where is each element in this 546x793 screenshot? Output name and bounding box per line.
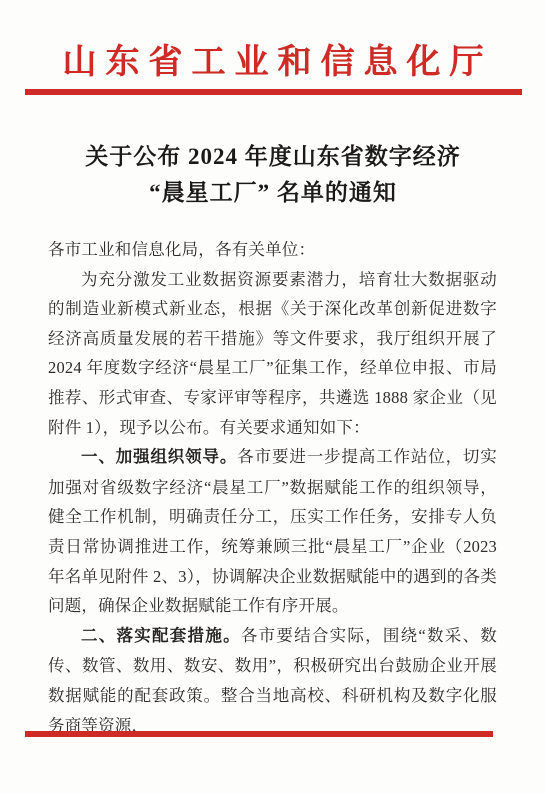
paragraph-section-2: 二、落实配套措施。各市要结合实际，围绕“数采、数传、数管、数用、数安、数用”，积… [48, 621, 497, 740]
section-1-heading: 一、加强组织领导。 [81, 448, 237, 466]
document-body: 各市工业和信息化局，各有关单位： 为充分激发工业数据资源要素潜力，培育壮大数据驱… [48, 235, 497, 740]
paragraph-intro: 为充分激发工业数据资源要素潜力，培育壮大数据驱动的制造业新模式新业态，根据《关于… [48, 265, 497, 443]
document-title-line1: 关于公布 2024 年度山东省数字经济 [0, 139, 546, 175]
section-1-text: 各市要进一步提高工作站位，切实加强对省级数字经济“晨星工厂”数据赋能工作的组织领… [48, 447, 497, 615]
letterhead-divider [25, 89, 522, 95]
footer-divider [25, 731, 493, 737]
paragraph-section-1: 一、加强组织领导。各市要进一步提高工作站位，切实加强对省级数字经济“晨星工厂”数… [48, 442, 497, 621]
salutation: 各市工业和信息化局，各有关单位： [48, 235, 497, 265]
section-2-heading: 二、落实配套措施。 [81, 627, 241, 645]
document-title: 关于公布 2024 年度山东省数字经济 “晨星工厂” 名单的通知 [0, 139, 546, 211]
letterhead: 山东省工业和信息化厅 [0, 0, 546, 95]
paragraph-intro-text: 为充分激发工业数据资源要素潜力，培育壮大数据驱动的制造业新模式新业态，根据《关于… [48, 270, 497, 437]
document-page: 山东省工业和信息化厅 关于公布 2024 年度山东省数字经济 “晨星工厂” 名单… [0, 0, 546, 793]
letterhead-agency-title: 山东省工业和信息化厅 [54, 44, 493, 82]
document-title-line2: “晨星工厂” 名单的通知 [0, 175, 546, 211]
